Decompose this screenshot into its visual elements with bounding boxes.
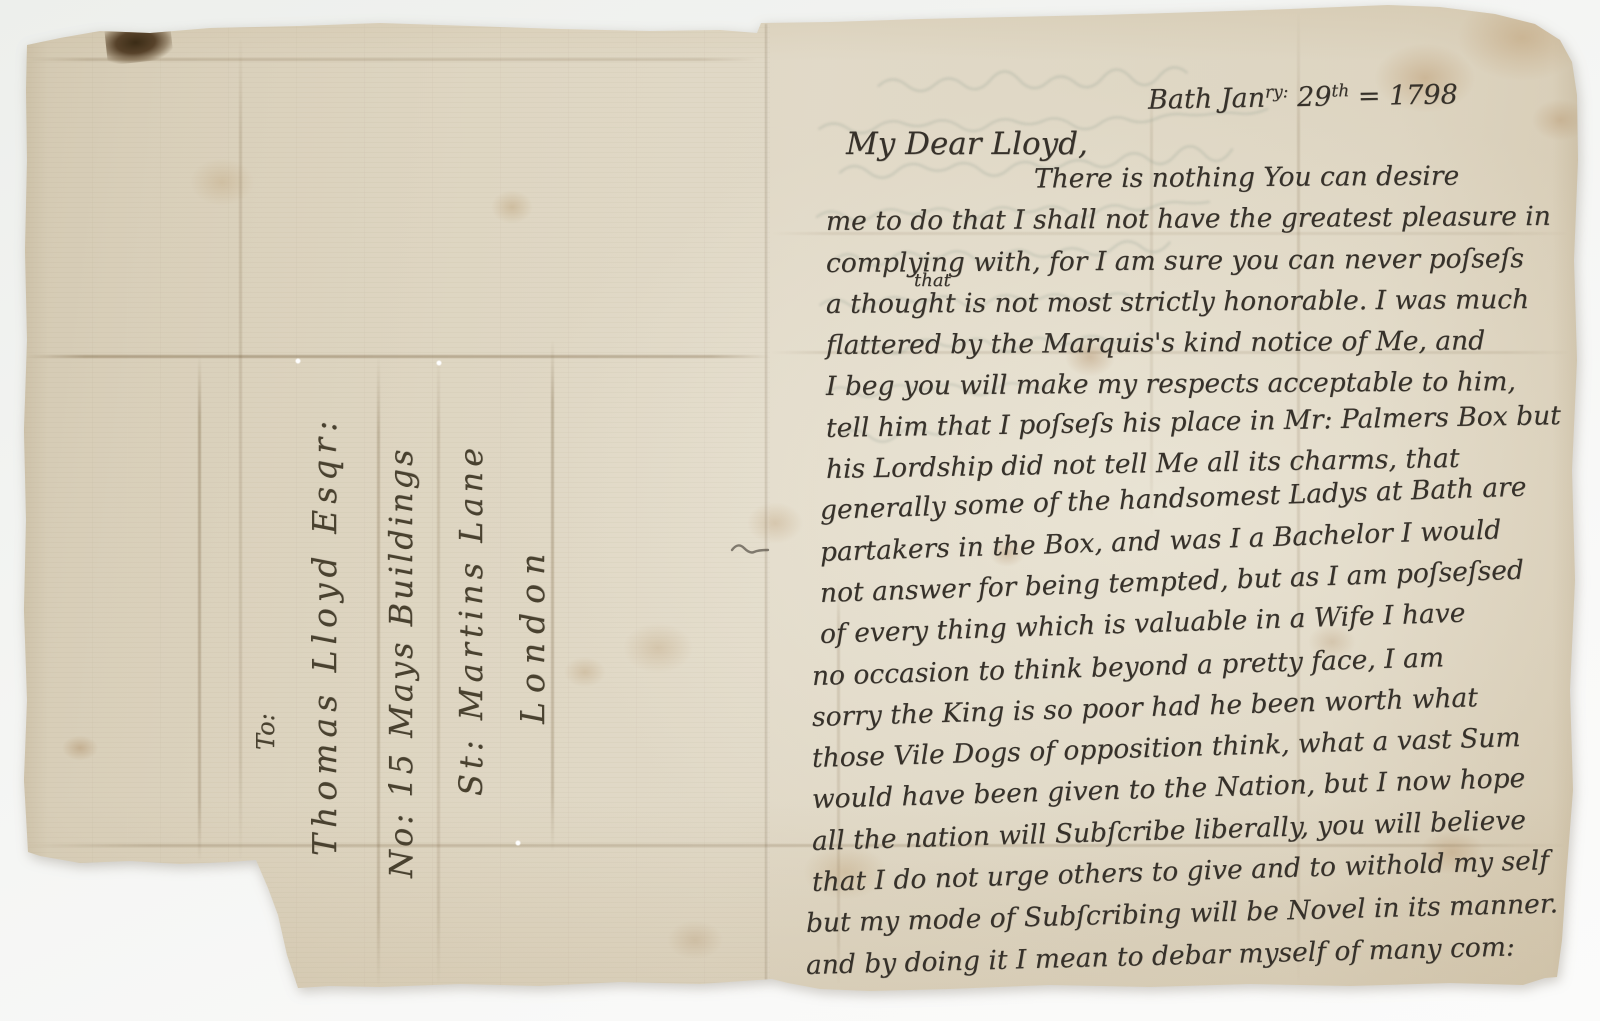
- dateline-text: Bath Jan: [1148, 83, 1266, 116]
- letter-dateline: Bath Janry: 29th = 1798: [1148, 79, 1458, 115]
- letter-body: There is nothing You can desire me to do…: [826, 160, 1586, 986]
- address-line: No: 15 Mays Buildings: [366, 334, 442, 882]
- letter-line: flattered by the Marquis's kind notice o…: [826, 320, 1586, 367]
- fold-crease: [28, 58, 758, 61]
- address-line: Thomas Lloyd Esqr:: [290, 334, 366, 882]
- dateline-text: 29: [1288, 82, 1331, 114]
- letter-line: me to do that I shall not have the great…: [826, 196, 1586, 243]
- dateline-text: = 1798: [1349, 79, 1458, 112]
- fold-crease: [198, 356, 201, 862]
- center-fold-crease: [765, 24, 769, 984]
- scan-background: To: Thomas Lloyd Esqr: No: 15 Mays Build…: [0, 0, 1600, 1021]
- letter-salutation: My Dear Lloyd,: [846, 126, 1088, 162]
- paper-shadow-wrap: To: Thomas Lloyd Esqr: No: 15 Mays Build…: [0, 0, 1600, 1021]
- address-line: St: Martins Lane: [442, 334, 506, 882]
- dateline-superscript: ry:: [1265, 82, 1289, 102]
- address-to: To:: [242, 334, 290, 882]
- address-line: London: [506, 334, 566, 882]
- address-panel: To: Thomas Lloyd Esqr: No: 15 Mays Build…: [242, 334, 572, 882]
- inserted-word: that: [914, 270, 951, 291]
- stray-ink-mark: [728, 538, 774, 564]
- letter-line: There is nothing You can desire: [826, 155, 1586, 202]
- dateline-superscript: th: [1331, 81, 1349, 101]
- letter-sheet: To: Thomas Lloyd Esqr: No: 15 Mays Build…: [0, 0, 1600, 1021]
